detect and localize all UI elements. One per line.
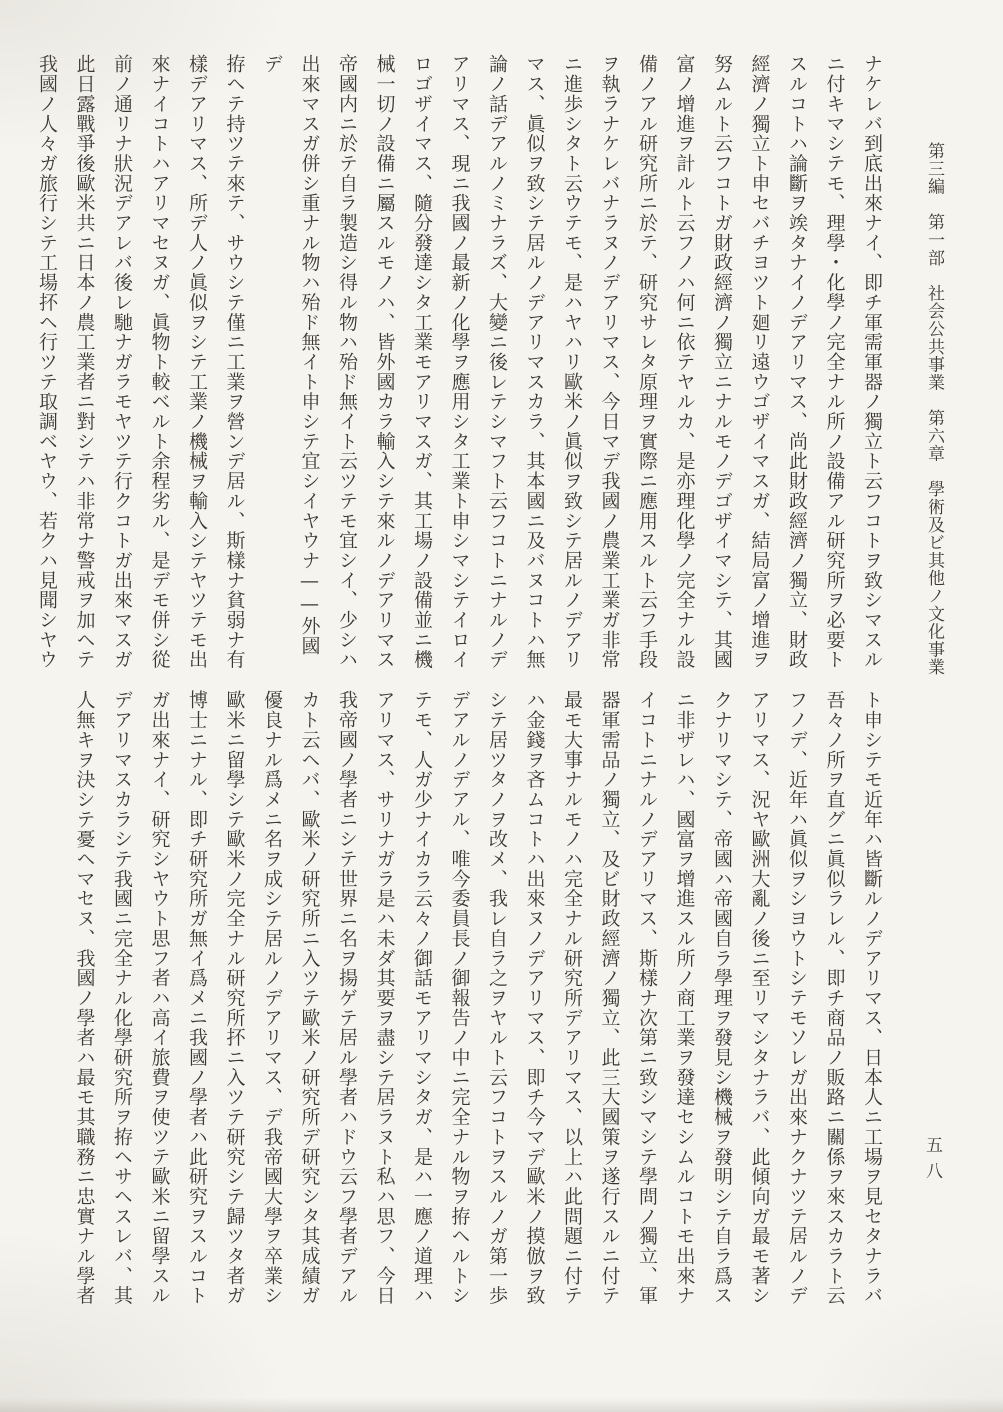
text-column: ロゴザイマス、隨分發達シタ工業モアリマスガ、其工場ノ設備並ニ機 — [403, 54, 441, 672]
text-column: デアリマスカラシテ我國ニ完全ナル化學研究所ヲ拵ヘサヘスレバ、其 — [103, 690, 141, 1308]
text-column: 來ナイコトハアリマセヌガ、眞物ト較ベルト余程劣ル、是デモ併シ從 — [140, 54, 178, 672]
document-page: 第三編 第一部 社会公共事業 第六章 學術及ビ其他ノ文化事業 ナケレバ到底出來ナ… — [0, 0, 1003, 1412]
text-column: スルコトハ論斷ヲ竢タナイノデアリマス、尚此財政經濟ノ獨立、財政 — [778, 54, 816, 672]
text-block-top: ナケレバ到底出來ナイ、即チ軍需軍器ノ獨立ト云フコトヲ致シマスルニ付キマシテモ、理… — [28, 54, 891, 672]
text-column: フノデ、近年ハ眞似ヲシヨウトシテモソレガ出來ナクナツテ居ルノデ — [778, 690, 816, 1308]
text-column: 優良ナル爲メニ名ヲ成シテ居ルノデアリマス、デ我帝國大學ヲ卒業シ — [253, 690, 291, 1308]
text-column: デアルノデアル、唯今委員長ノ御報告ノ中ニ完全ナル物ヲ拵ヘルトシ — [440, 690, 478, 1308]
text-column: 論ノ話デアルノミナラズ、大變ニ後レテシマフト云フコトニナルノデ — [478, 54, 516, 672]
text-column: 械一切ノ設備ニ屬スルモノハ、皆外國カラ輸入シテ來ルノデアリマス — [365, 54, 403, 672]
text-column: ヲ執ラナケレバナラヌノデアリマス、今日マデ我國ノ農業工業ガ非常 — [590, 54, 628, 672]
text-column: アリマス、現ニ我國ノ最新ノ化學ヲ應用シタ工業ト申シマシテイロイ — [440, 54, 478, 672]
text-column: ハ金錢ヲ吝ムコトハ出來ヌノデアリマス、即チ今マデ歐米ノ摸倣ヲ致 — [515, 690, 553, 1308]
text-column: 最モ大事ナルモノハ完全ナル研究所デアリマス、以上ハ此問題ニ付テ — [553, 690, 591, 1308]
text-column: 富ノ增進ヲ計ルト云フノハ何ニ依テヤルカ、是亦理化學ノ完全ナル設 — [665, 54, 703, 672]
text-column: シテ居ツタノヲ改メ、我レ自ラ之ヲヤルト云フコトヲスルノガ第一歩 — [478, 690, 516, 1308]
text-column: 吾々ノ所ヲ直グニ眞似ラレル、即チ商品ノ販路ニ關係ヲ來スカラト云 — [815, 690, 853, 1308]
text-column: ガ出來ナイ、研究シヤウト思フ者ハ高イ旅費ヲ使ツテ歐米ニ留學スル — [140, 690, 178, 1308]
text-column: 此日露戰爭後歐米共ニ日本ノ農工業者ニ對シテハ非常ナ警戒ヲ加ヘテ — [65, 54, 103, 672]
running-header: 第三編 第一部 社会公共事業 第六章 學術及ビ其他ノ文化事業 — [922, 142, 947, 742]
text-column: カト云ヘバ、歐米ノ研究所ニ入ツテ歐米ノ研究所デ研究シタ其成績ガ — [290, 690, 328, 1308]
text-column: 前ノ通リナ狀況デアレバ後レ馳ナガラモヤツテ行クコトガ出來マスガ — [103, 54, 141, 672]
text-column: 博士ニナル、即チ研究所ガ無イ爲メニ我國ノ學者ハ此研究ヲスルコト — [178, 690, 216, 1308]
text-column: マス、眞似ヲ致シテ居ルノデアリマスカラ、其本國ニ及バヌコトハ無 — [515, 54, 553, 672]
text-column: 拵ヘテ持ツテ來テ、サウシテ僅ニ工業ヲ營ンデ居ル、斯樣ナ貧弱ナ有 — [215, 54, 253, 672]
text-column: アリマス、況ヤ歐洲大亂ノ後ニ至リマシタナラバ、此傾向ガ最モ著シ — [740, 690, 778, 1308]
text-column: ニ進歩シタト云ウテモ、是ハヤハリ歐米ノ眞似ヲ致シテ居ルノデアリ — [553, 54, 591, 672]
text-column: 出來マスガ併シ重ナル物ハ殆ド無イト申シテ宜シイヤウナ——外國デ — [253, 54, 328, 672]
text-column: ニ非ザレハ、國富ヲ增進スル所ノ商工業ヲ發達セシムルコトモ出來ナ — [665, 690, 703, 1308]
text-column: アリマス、サリナガラ是ハ未ダ其要ヲ盡シテ居ラヌト私ハ思フ、今日 — [365, 690, 403, 1308]
text-column: 帝國内ニ於テ自ラ製造シ得ル物ハ殆ド無イト云ツテモ宜シイ、少シハ — [328, 54, 366, 672]
text-column: ト申シテモ近年ハ皆斷ルノデアリマス、日本人ニ工場ヲ見セタナラバ — [853, 690, 891, 1308]
text-block-bottom: ト申シテモ近年ハ皆斷ルノデアリマス、日本人ニ工場ヲ見セタナラバ吾々ノ所ヲ直グニ眞… — [65, 690, 890, 1308]
text-column: 器軍需品ノ獨立、及ビ財政經濟ノ獨立、此三大國策ヲ遂行スルニ付テ — [590, 690, 628, 1308]
text-column: 人無キヲ決シテ憂ヘマセヌ、我國ノ學者ハ最モ其職務ニ忠實ナル學者 — [65, 690, 103, 1308]
text-column: 備ノアル研究所ニ於テ、研究サレタ原理ヲ實際ニ應用スルト云フ手段 — [628, 54, 666, 672]
text-column: テモ、人ガ少ナイカラ云々ノ御話モアリマシタガ、是ハ一應ノ道理ハ — [403, 690, 441, 1308]
text-column: イコトニナルノデアリマス、斯樣ナ次第ニ致シマシテ學問ノ獨立、軍 — [628, 690, 666, 1308]
text-column: 我國ノ人々ガ旅行シテ工場抔ヘ行ツテ取調ベヤウ、若クハ見聞シヤウ — [28, 54, 66, 672]
page-number: 五八 — [920, 1136, 945, 1188]
text-column: 努ムルト云フコトガ財政經濟ノ獨立ニナルモノデゴザイマシテ、其國 — [703, 54, 741, 672]
text-column: 歐米ニ留學シテ歐米ノ完全ナル研究所抔ニ入ツテ研究シテ歸ツタ者ガ — [215, 690, 253, 1308]
text-column: 樣デアリマス、所デ人ノ眞似ヲシテ工業ノ機械ヲ輸入シテヤツテモ出 — [178, 54, 216, 672]
text-column: 我帝國ノ學者ニシテ世界ニ名ヲ揚ゲテ居ル學者ハドウ云フ學者デアル — [328, 690, 366, 1308]
text-column: 經濟ノ獨立ト申セバチヨツト廻リ遠ウゴザイマスガ、結局富ノ增進ヲ — [740, 54, 778, 672]
text-column: ニ付キマシテモ、理學・化學ノ完全ナル所ノ設備アル研究所ヲ必要ト — [815, 54, 853, 672]
text-column: クナリマシテ、帝國ハ帝國自ラ學理ヲ發見シ機械ヲ發明シテ自ラ爲ス — [703, 690, 741, 1308]
text-column: ナケレバ到底出來ナイ、即チ軍需軍器ノ獨立ト云フコトヲ致シマスル — [853, 54, 891, 672]
